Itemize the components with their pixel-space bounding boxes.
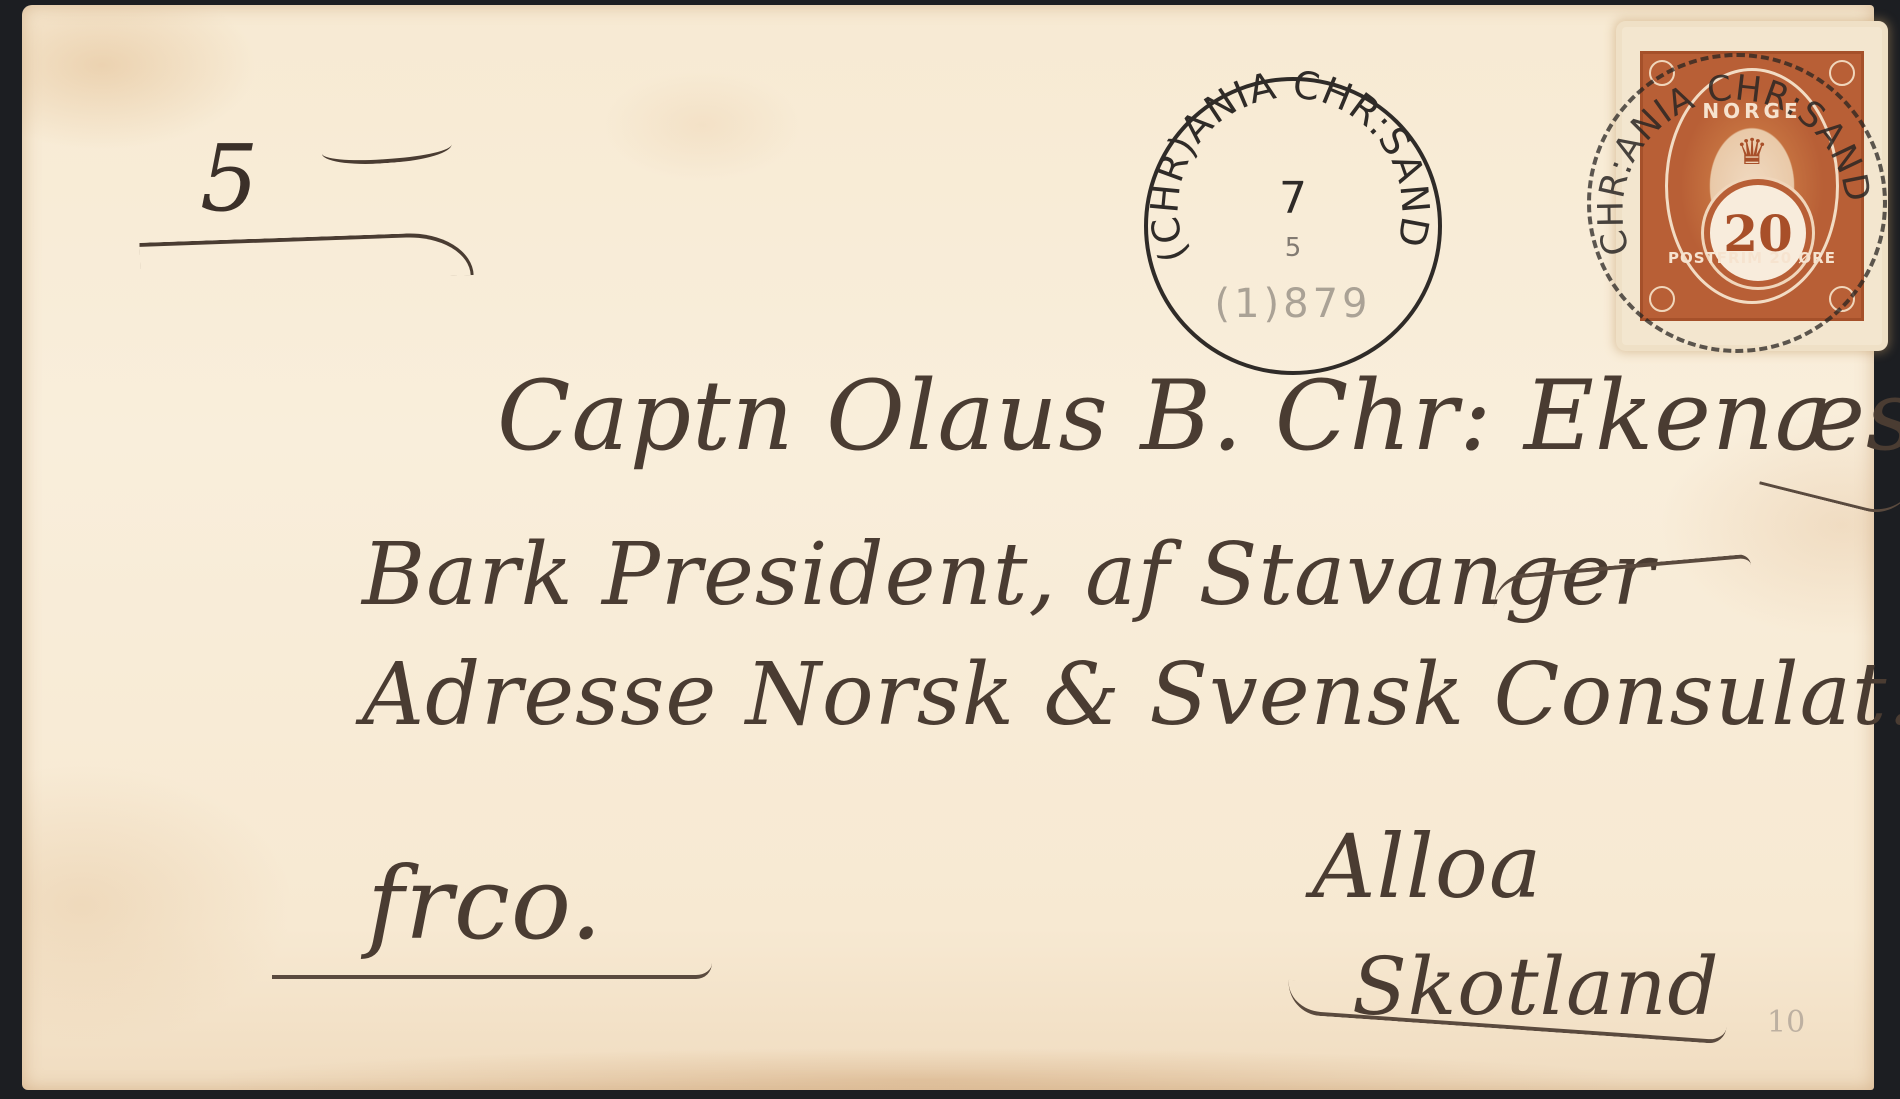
address-line-ship: Bark President, af Stavanger xyxy=(362,525,1655,625)
address-line-care-of: Adresse Norsk & Svensk Consulat. xyxy=(362,645,1900,745)
stamp-cancellation: CHR:ANIA CHR:SAND xyxy=(1587,53,1887,353)
franking-underline xyxy=(272,963,712,979)
cancel-ring-text: CHR:ANIA CHR:SAND xyxy=(1590,67,1878,259)
address-line-town: Alloa xyxy=(1312,815,1542,918)
franking-note: frco. xyxy=(367,845,603,962)
scanned-image: 5 (CHR)ANIA CHR:SAND 7 5 (1)879 xyxy=(0,0,1900,1099)
postmark-month: 5 xyxy=(1148,233,1438,263)
rate-dash-stroke xyxy=(322,140,453,167)
address-line-addressee: Captn Olaus B. Chr: Ekenæs xyxy=(497,360,1900,472)
manuscript-rate-marking: 5 xyxy=(200,125,260,232)
postmark-year: (1)879 xyxy=(1148,281,1438,327)
rate-underline-stroke xyxy=(139,231,473,287)
envelope: 5 (CHR)ANIA CHR:SAND 7 5 (1)879 xyxy=(22,5,1874,1090)
postmark-ring-text: (CHR)ANIA CHR:SAND xyxy=(1148,81,1438,371)
postmark-day: 7 xyxy=(1148,173,1438,224)
circular-date-postmark: (CHR)ANIA CHR:SAND 7 5 (1)879 xyxy=(1144,77,1442,375)
svg-text:CHR:ANIA CHR:SAND: CHR:ANIA CHR:SAND xyxy=(1590,67,1878,259)
pencil-mark: 10 xyxy=(1767,1005,1805,1040)
